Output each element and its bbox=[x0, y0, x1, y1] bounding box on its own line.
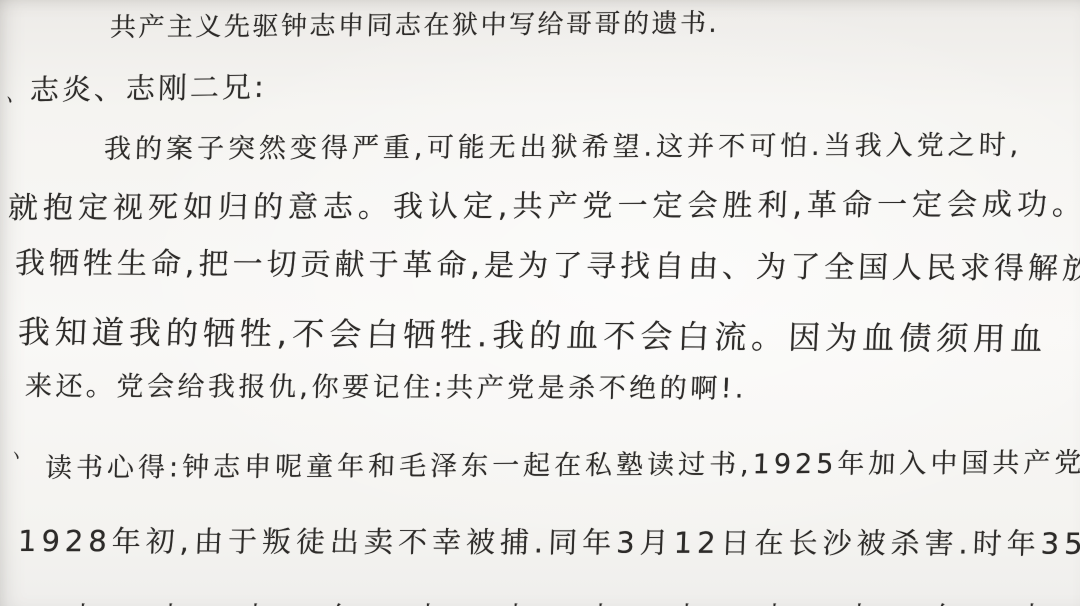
letter-body-line-5: 来还。党会给我报仇,你要记住:共产党是杀不绝的啊!. bbox=[24, 370, 747, 406]
letter-title: 共产主义先驱钟志申同志在狱中写给哥哥的遗书. bbox=[110, 8, 720, 45]
letter-body-line-4: 我知道我的牺牲,不会白牺牲.我的血不会白流。因为血债须用血 bbox=[17, 312, 1048, 359]
letter-body-line-3: 我牺牲生命,把一切贡献于革命,是为了寻找自由、为了全国人民求得解放. bbox=[14, 245, 1080, 288]
letter-salutation: 志炎、志刚二兄: bbox=[30, 69, 268, 109]
reading-notes-line-1: 读书心得:钟志申呢童年和毛泽东一起在私塾读过书,1925年加入中国共产党. bbox=[44, 446, 1080, 485]
reading-notes-line-2: 1928年初,由于叛徒出卖不幸被捕.同年3月12日在长沙被杀害.时年35岁.在 bbox=[17, 523, 1080, 562]
letter-body-line-2: 就抱定视死如归的意志。我认定,共产党一定会胜利,革命一定会成功。 bbox=[7, 186, 1080, 227]
margin-dot-mark: 、 bbox=[4, 78, 32, 112]
letter-body-line-1: 我的案子突然变得严重,可能无出狱希望.这并不可怕.当我入党之时, bbox=[103, 129, 1022, 167]
handwritten-letter-page: 共产主义先驱钟志申同志在狱中写给哥哥的遗书. 、 志炎、志刚二兄: 我的案子突然… bbox=[0, 0, 1080, 606]
cutoff-next-line-stroke-tops: 丨 丿 丨 亻 丨 丿 丨 丨 丿 丨 亻 丨 bbox=[70, 596, 1070, 606]
margin-tick-mark: 丶 bbox=[5, 442, 26, 468]
